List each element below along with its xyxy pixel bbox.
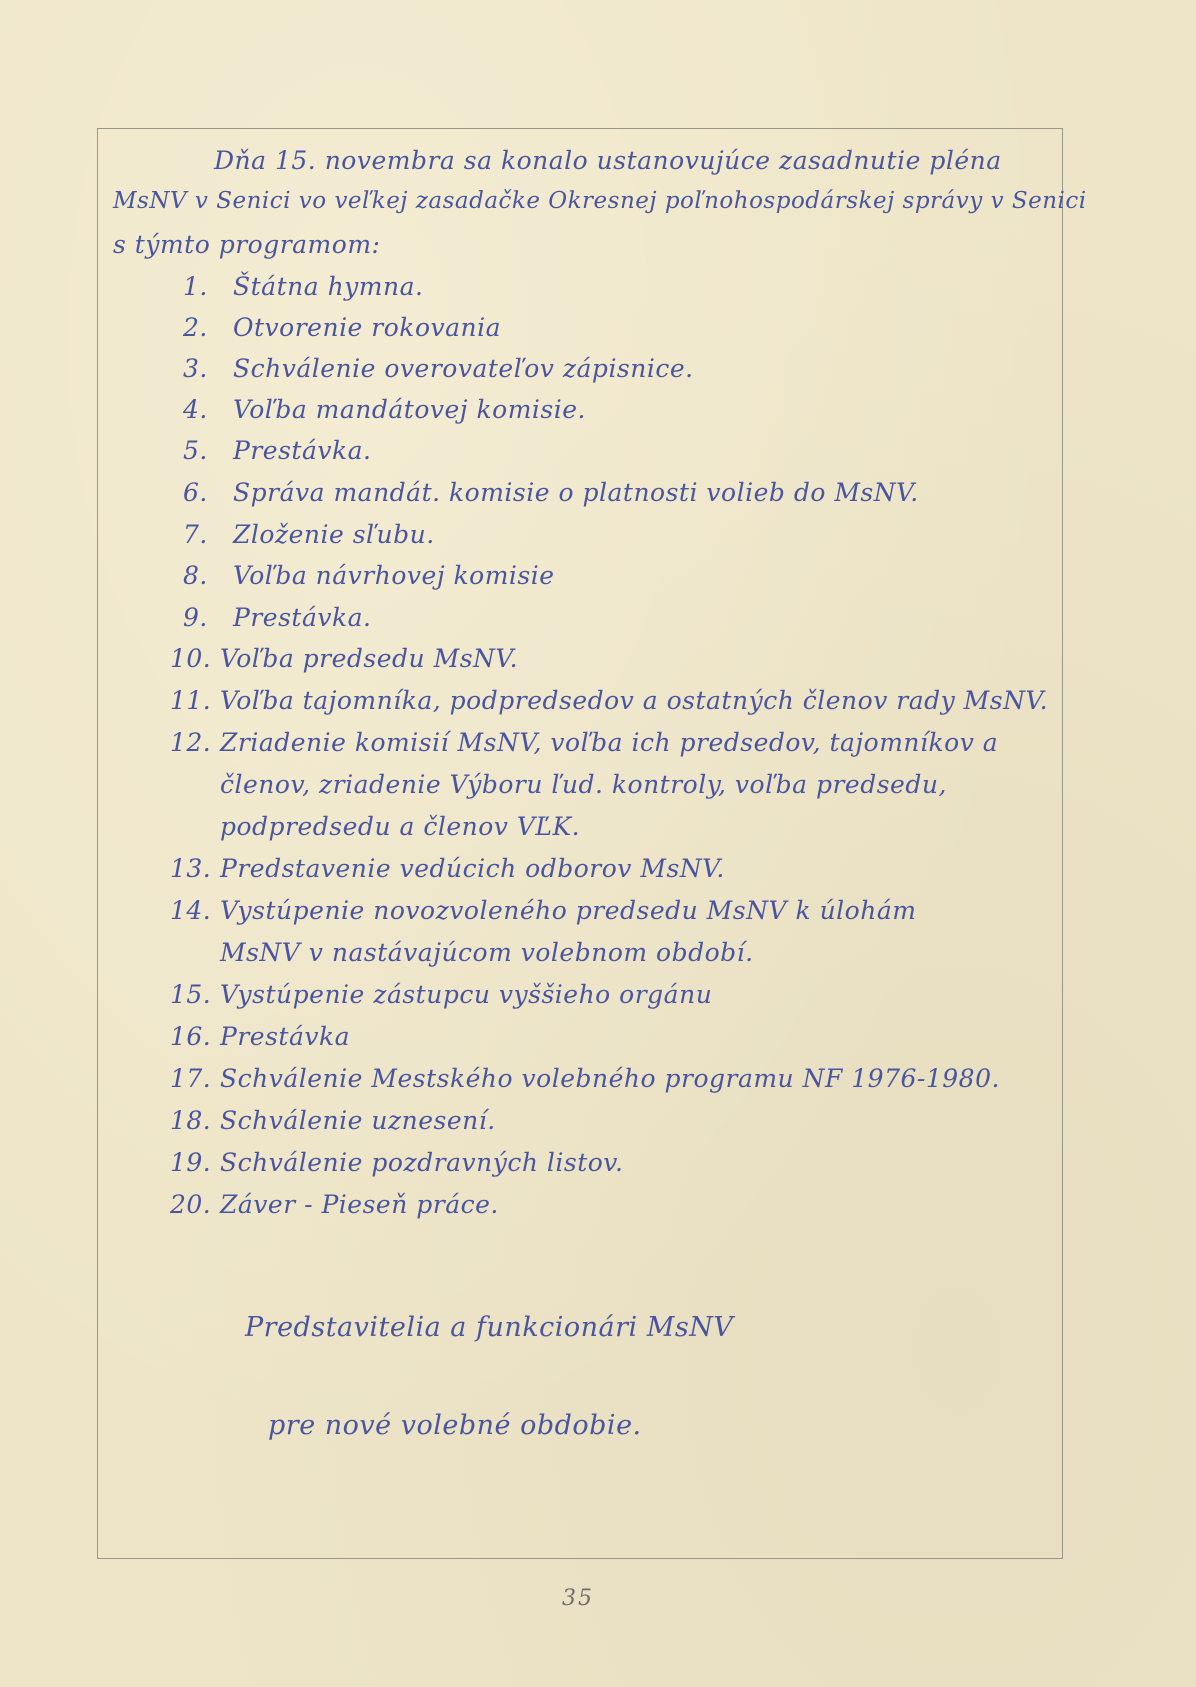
agenda-item-13: 13. Predstavenie vedúcich odborov MsNV. (170, 854, 725, 883)
agenda-item-6: 6. Správa mandát. komisie o platnosti vo… (183, 478, 919, 507)
agenda-text: Voľba návrhovej komisie (233, 561, 555, 590)
agenda-item-12-continuation-1: členov, zriadenie Výboru ľud. kontroly, … (220, 770, 947, 799)
agenda-text: Schválenie uznesení. (220, 1106, 496, 1135)
agenda-number: 17. (170, 1064, 220, 1093)
agenda-number: 6. (183, 478, 233, 507)
agenda-text: Prestávka (220, 1022, 350, 1051)
intro-line-2: MsNV v Senici vo veľkej zasadačke Okresn… (113, 188, 1087, 214)
agenda-number: 3. (183, 354, 233, 383)
agenda-number: 5. (183, 436, 233, 465)
agenda-number: 11. (170, 686, 220, 715)
page-frame-border (97, 128, 1063, 1559)
agenda-text: Zriadenie komisií MsNV, voľba ich predse… (220, 728, 998, 757)
agenda-text: Otvorenie rokovania (233, 313, 501, 342)
agenda-number: 18. (170, 1106, 220, 1135)
agenda-item-19: 19. Schválenie pozdravných listov. (170, 1148, 623, 1177)
closing-heading-line-2: pre nové volebné obdobie. (268, 1410, 642, 1441)
agenda-text: Vystúpenie novozvoleného predsedu MsNV k… (220, 896, 916, 925)
agenda-item-14: 14. Vystúpenie novozvoleného predsedu Ms… (170, 896, 916, 925)
agenda-number: 16. (170, 1022, 220, 1051)
agenda-text: Voľba tajomníka, podpredsedov a ostatnýc… (220, 686, 1048, 715)
agenda-item-10: 10. Voľba predsedu MsNV. (170, 644, 518, 673)
agenda-text: Štátna hymna. (233, 272, 423, 301)
agenda-item-2: 2. Otvorenie rokovania (183, 313, 501, 342)
agenda-item-11: 11. Voľba tajomníka, podpredsedov a osta… (170, 686, 1048, 715)
agenda-text: Záver - Pieseň práce. (220, 1190, 499, 1219)
agenda-text: Voľba mandátovej komisie. (233, 395, 586, 424)
agenda-number: 20. (170, 1190, 220, 1219)
agenda-item-9: 9. Prestávka. (183, 603, 371, 632)
agenda-text: Voľba predsedu MsNV. (220, 644, 518, 673)
closing-heading-line-1: Predstavitelia a funkcionári MsNV (245, 1312, 733, 1343)
agenda-item-16: 16. Prestávka (170, 1022, 350, 1051)
agenda-item-20: 20. Záver - Pieseň práce. (170, 1190, 499, 1219)
agenda-number: 2. (183, 313, 233, 342)
agenda-number: 19. (170, 1148, 220, 1177)
agenda-number: 9. (183, 603, 233, 632)
agenda-text: Predstavenie vedúcich odborov MsNV. (220, 854, 725, 883)
agenda-item-17: 17. Schválenie Mestského volebného progr… (170, 1064, 1000, 1093)
intro-line-1: Dňa 15. novembra sa konalo ustanovujúce … (214, 146, 1002, 175)
agenda-number: 7. (183, 520, 233, 549)
agenda-item-8: 8. Voľba návrhovej komisie (183, 561, 555, 590)
agenda-item-5: 5. Prestávka. (183, 436, 371, 465)
agenda-item-1: 1. Štátna hymna. (183, 272, 423, 301)
agenda-item-12-continuation-2: podpredsedu a členov VĽK. (220, 812, 580, 841)
agenda-item-4: 4. Voľba mandátovej komisie. (183, 395, 586, 424)
agenda-item-7: 7. Zloženie sľubu. (183, 520, 435, 549)
agenda-item-12: 12. Zriadenie komisií MsNV, voľba ich pr… (170, 728, 998, 757)
agenda-number: 12. (170, 728, 220, 757)
agenda-text: Schválenie overovateľov zápisnice. (233, 354, 694, 383)
agenda-item-18: 18. Schválenie uznesení. (170, 1106, 496, 1135)
agenda-number: 13. (170, 854, 220, 883)
agenda-item-15: 15. Vystúpenie zástupcu vyššieho orgánu (170, 980, 712, 1009)
agenda-text: Zloženie sľubu. (233, 520, 435, 549)
agenda-text: Vystúpenie zástupcu vyššieho orgánu (220, 980, 712, 1009)
agenda-number: 14. (170, 896, 220, 925)
agenda-number: 8. (183, 561, 233, 590)
agenda-number: 4. (183, 395, 233, 424)
agenda-text: Schválenie Mestského volebného programu … (220, 1064, 1000, 1093)
intro-line-3: s týmto programom: (113, 230, 380, 259)
agenda-item-14-continuation-1: MsNV v nastávajúcom volebnom období. (220, 938, 754, 967)
agenda-number: 10. (170, 644, 220, 673)
agenda-item-3: 3. Schválenie overovateľov zápisnice. (183, 354, 694, 383)
agenda-number: 1. (183, 272, 233, 301)
agenda-text: Prestávka. (233, 436, 371, 465)
page-number: 35 (562, 1586, 594, 1611)
agenda-text: Prestávka. (233, 603, 371, 632)
agenda-text: Správa mandát. komisie o platnosti volie… (233, 478, 919, 507)
agenda-number: 15. (170, 980, 220, 1009)
agenda-text: Schválenie pozdravných listov. (220, 1148, 623, 1177)
